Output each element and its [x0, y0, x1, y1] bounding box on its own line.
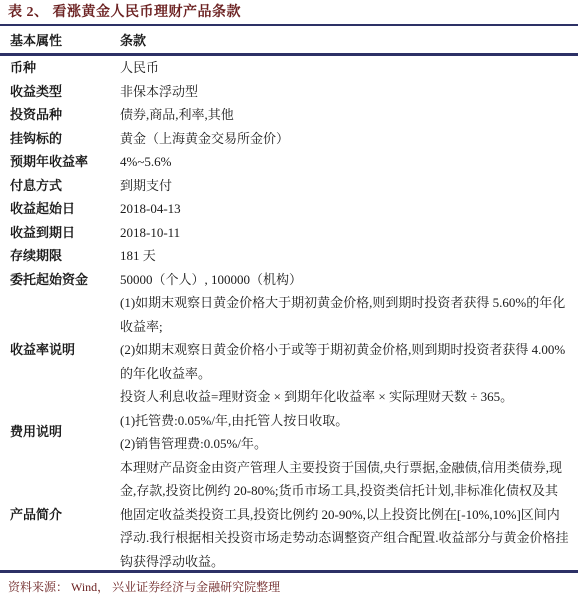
row-value: 2018-04-13 — [120, 197, 578, 221]
row-value-paragraph: 非保本浮动型 — [120, 80, 570, 104]
source-note: 资料来源： Wind， 兴业证券经济与金融研究院整理 — [0, 573, 578, 601]
row-value: 4%~5.6% — [120, 150, 578, 174]
row-value-paragraph: 人民币 — [120, 56, 570, 80]
table-header-row: 基本属性 条款 — [0, 26, 578, 53]
table-row: 收益类型 非保本浮动型 — [0, 80, 578, 104]
header-terms-label: 条款 — [120, 30, 578, 49]
row-value-paragraph: 到期支付 — [120, 174, 570, 198]
row-value-paragraph: (2)销售管理费:0.05%/年。 — [120, 432, 570, 456]
row-value-paragraph: 本理财产品资金由资产管理人主要投资于国债,央行票据,金融债,信用类债券,现金,存… — [120, 456, 570, 574]
row-label: 预期年收益率 — [0, 150, 120, 174]
header-attribute-label: 基本属性 — [0, 30, 120, 49]
row-value-paragraph: 2018-04-13 — [120, 197, 570, 221]
row-value-paragraph: (1)托管费:0.05%/年,由托管人按日收取。 — [120, 409, 570, 433]
table-row: 收益到期日 2018-10-11 — [0, 221, 578, 245]
row-value: 到期支付 — [120, 174, 578, 198]
row-value: 本理财产品资金由资产管理人主要投资于国债,央行票据,金融债,信用类债券,现金,存… — [120, 456, 578, 574]
row-value-paragraph: 181 天 — [120, 244, 570, 268]
row-label: 付息方式 — [0, 174, 120, 198]
row-value: (1)如期末观察日黄金价格大于期初黄金价格,则到期时投资者获得 5.60%的年化… — [120, 291, 578, 409]
row-value: 人民币 — [120, 56, 578, 80]
table-row: 付息方式 到期支付 — [0, 174, 578, 198]
table-row: 收益率说明 (1)如期末观察日黄金价格大于期初黄金价格,则到期时投资者获得 5.… — [0, 291, 578, 409]
row-label: 费用说明 — [0, 420, 120, 444]
table-row: 费用说明 (1)托管费:0.05%/年,由托管人按日收取。(2)销售管理费:0.… — [0, 409, 578, 456]
row-label: 产品简介 — [0, 503, 120, 527]
row-value: 2018-10-11 — [120, 221, 578, 245]
row-value: 非保本浮动型 — [120, 80, 578, 104]
row-label: 挂钩标的 — [0, 127, 120, 151]
row-value-paragraph: 2018-10-11 — [120, 221, 570, 245]
row-value-paragraph: 4%~5.6% — [120, 150, 570, 174]
row-value: 黄金（上海黄金交易所金价） — [120, 127, 578, 151]
row-value-paragraph: 黄金（上海黄金交易所金价） — [120, 127, 570, 151]
row-value-paragraph: (1)如期末观察日黄金价格大于期初黄金价格,则到期时投资者获得 5.60%的年化… — [120, 291, 570, 338]
table-footer: 资料来源： Wind， 兴业证券经济与金融研究院整理 — [0, 570, 578, 601]
row-label: 存续期限 — [0, 244, 120, 268]
row-label: 收益起始日 — [0, 197, 120, 221]
table-row: 币种 人民币 — [0, 56, 578, 80]
table-row: 投资品种 债券,商品,利率,其他 — [0, 103, 578, 127]
report-table-page: 表 2、 看涨黄金人民币理财产品条款 基本属性 条款 币种 人民币 收益类型 非… — [0, 0, 578, 601]
row-label: 收益类型 — [0, 80, 120, 104]
table-row: 预期年收益率 4%~5.6% — [0, 150, 578, 174]
table-row: 委托起始资金 50000（个人）, 100000（机构） — [0, 268, 578, 292]
row-value-paragraph: 债券,商品,利率,其他 — [120, 103, 570, 127]
row-label: 收益率说明 — [0, 338, 120, 362]
table-title: 表 2、 看涨黄金人民币理财产品条款 — [0, 0, 578, 22]
row-value: (1)托管费:0.05%/年,由托管人按日收取。(2)销售管理费:0.05%/年… — [120, 409, 578, 456]
table-body: 币种 人民币 收益类型 非保本浮动型 投资品种 债券,商品,利率,其他 挂钩标的… — [0, 56, 578, 573]
table-row: 收益起始日 2018-04-13 — [0, 197, 578, 221]
row-value-paragraph: (2)如期末观察日黄金价格小于或等于期初黄金价格,则到期时投资者获得 4.00%… — [120, 338, 570, 385]
row-value: 50000（个人）, 100000（机构） — [120, 268, 578, 292]
row-label: 委托起始资金 — [0, 268, 120, 292]
table-row: 产品简介 本理财产品资金由资产管理人主要投资于国债,央行票据,金融债,信用类债券… — [0, 456, 578, 574]
table-row: 存续期限 181 天 — [0, 244, 578, 268]
row-label: 收益到期日 — [0, 221, 120, 245]
row-value: 债券,商品,利率,其他 — [120, 103, 578, 127]
row-label: 币种 — [0, 56, 120, 80]
row-value-paragraph: 投资人利息收益=理财资金 × 到期年化收益率 × 实际理财天数 ÷ 365。 — [120, 385, 570, 409]
row-value-paragraph: 50000（个人）, 100000（机构） — [120, 268, 570, 292]
table-row: 挂钩标的 黄金（上海黄金交易所金价） — [0, 127, 578, 151]
row-label: 投资品种 — [0, 103, 120, 127]
row-value: 181 天 — [120, 244, 578, 268]
